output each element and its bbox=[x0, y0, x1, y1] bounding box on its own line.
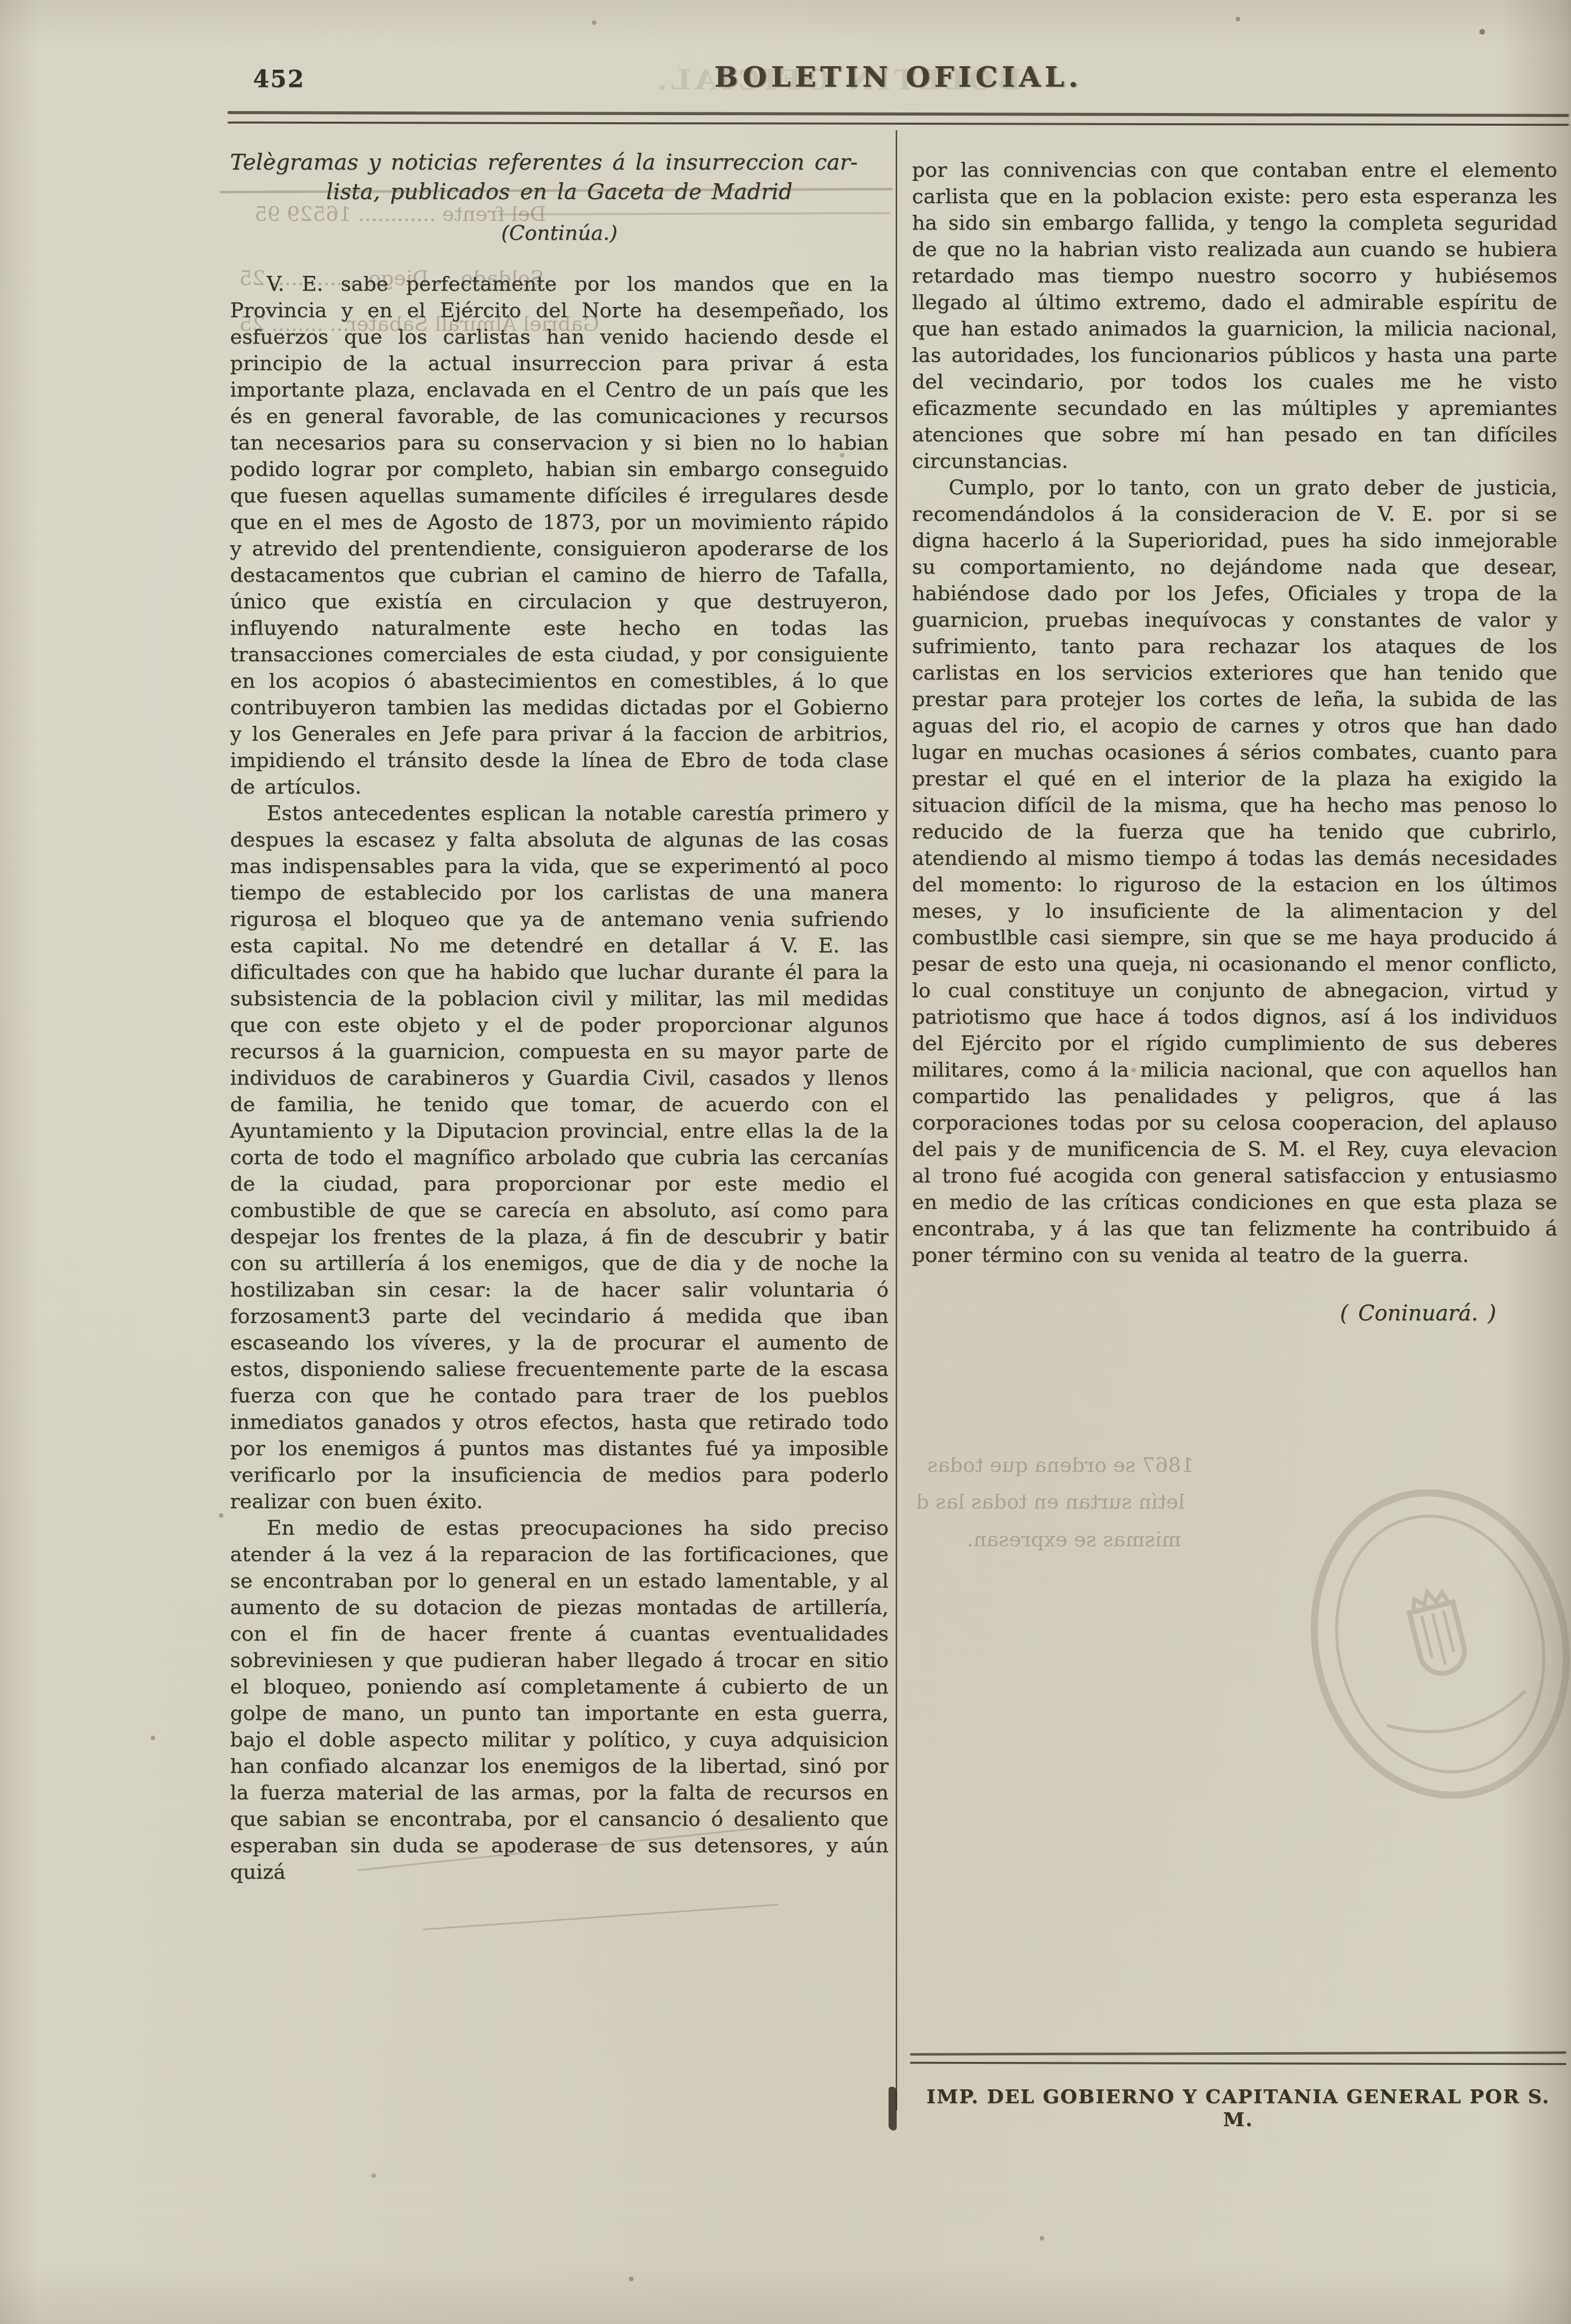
scanned-newspaper-page: Del frente ............ 16529 95 Soldado… bbox=[0, 0, 1571, 2324]
article-paragraph: V. E. sabe perfectamente por los mandos … bbox=[230, 271, 889, 800]
article-paragraph: Estos antecedentes esplican la notable c… bbox=[230, 800, 889, 1515]
article-title: Telègramas y noticias referentes á la in… bbox=[230, 148, 889, 207]
masthead-title: BOLETIN OFICIAL. bbox=[229, 60, 1567, 93]
continua-note: (Continúa.) bbox=[230, 220, 889, 246]
scratch-mark bbox=[423, 1904, 779, 1931]
footer-rule-bottom bbox=[910, 2062, 1566, 2065]
bleed-through-text: letín surtan en todas las d bbox=[916, 1490, 1185, 1514]
official-oval-stamp bbox=[1274, 1459, 1571, 1829]
column-divider-rule bbox=[896, 130, 897, 2110]
bleed-through-text: 1867 se ordena que todas bbox=[927, 1454, 1194, 1477]
imprint-line: IMP. DEL GOBIERNO Y CAPITANIA GENERAL PO… bbox=[910, 2085, 1566, 2131]
bleed-through-text: mismas se expresan. bbox=[967, 1528, 1181, 1551]
header-rule-bottom bbox=[227, 122, 1569, 126]
article-paragraph: Cumplo, por lo tanto, con un grato deber… bbox=[912, 474, 1557, 1268]
footer-rule-top bbox=[910, 2051, 1566, 2055]
ink-blob bbox=[889, 2087, 897, 2131]
right-column: por las connivencias con que contaban en… bbox=[912, 157, 1557, 1326]
left-column: Telègramas y noticias referentes á la in… bbox=[230, 148, 889, 1885]
continuara-note: ( Coninuará. ) bbox=[912, 1300, 1557, 1326]
header-rule-top bbox=[227, 111, 1569, 117]
article-paragraph-continuation: por las connivencias con que contaban en… bbox=[912, 157, 1557, 474]
article-paragraph: En medio de estas preocupaciones ha sido… bbox=[230, 1515, 889, 1885]
article-title-line-1: Telègramas y noticias referentes á la in… bbox=[230, 148, 889, 177]
